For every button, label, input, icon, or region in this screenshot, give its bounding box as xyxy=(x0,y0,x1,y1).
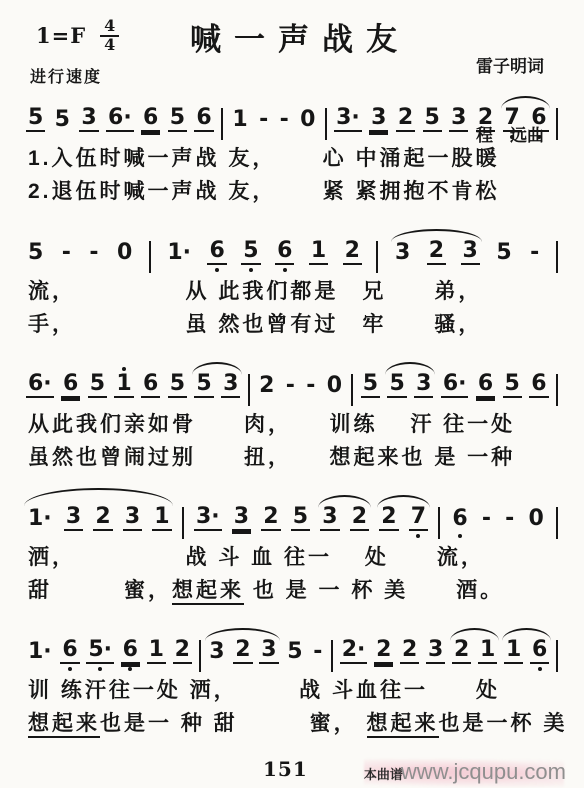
barline xyxy=(221,108,223,140)
note-token: 5 xyxy=(361,373,380,398)
note-token: 7 xyxy=(409,506,428,531)
note-token: 2 xyxy=(261,506,280,531)
lyric-segment: 2.退伍时喊一声战 友， 紧 紧拥抱不肯松 xyxy=(28,180,500,203)
lyric-segment: 从此我们亲如骨 肉， 训练 汗 往一处 xyxy=(28,413,515,436)
slur-arc xyxy=(502,628,551,641)
note-token: 6 xyxy=(121,639,140,664)
octave-dot-low xyxy=(215,268,219,272)
time-signature: 4 4 xyxy=(100,18,119,54)
note-token: 3 xyxy=(414,373,433,398)
note-token: - xyxy=(503,508,516,531)
music-system: 6·65165532--05536·656 从此我们亲如骨 肉， 训练 汗 往一… xyxy=(16,354,566,474)
lyric-segment: 手， 虽 然也曾有过 牢 骚， xyxy=(28,313,482,336)
note-token: 5 xyxy=(285,641,304,664)
lyric-row: 虽然也曾闹过别 扭， 想起来也 是 一种 xyxy=(16,441,566,474)
note-token: 3 xyxy=(393,242,412,265)
watermark-url: www.jcqupu.com xyxy=(401,759,566,785)
octave-dot-low xyxy=(128,667,132,671)
note-token: 2 xyxy=(400,639,419,664)
octave-dot-low xyxy=(510,135,514,139)
note-token: 2 xyxy=(427,240,446,265)
note-token: 3 xyxy=(369,107,388,132)
lyric-row: 训 练汗往一处 洒， 战 斗血往一 处 xyxy=(16,674,566,707)
note-token: 0 xyxy=(325,375,344,398)
barline xyxy=(556,241,558,273)
barline xyxy=(248,374,250,406)
barline xyxy=(556,374,558,406)
note-token: 1 xyxy=(478,639,497,664)
watermark-prefix: 本曲谱 xyxy=(364,764,403,783)
octave-dot-high xyxy=(122,367,126,371)
barline xyxy=(556,108,558,140)
note-token: 5 xyxy=(291,506,310,531)
note-token: 2 xyxy=(350,506,369,531)
note-token: 2 xyxy=(173,639,192,664)
barline xyxy=(199,640,201,672)
octave-dot-low xyxy=(416,534,420,538)
note-token: 6 xyxy=(194,107,213,132)
music-row: 6·65165532--05536·656 xyxy=(16,354,566,408)
note-token: 5 xyxy=(88,373,107,398)
note-token: 3 xyxy=(207,641,226,664)
octave-dot-low xyxy=(458,534,462,538)
music-system: 1·65·6123235-2·2232116 训 练汗往一处 洒， 战 斗血往一… xyxy=(16,620,566,740)
note-token: 5 xyxy=(26,242,45,265)
note-token: 0 xyxy=(115,242,134,265)
note-token: - xyxy=(278,109,291,132)
octave-dot-low xyxy=(283,268,287,272)
lyric-segment: 也是一杯 美 xyxy=(439,712,566,735)
footer: 151 本曲谱 www.jcqupu.com xyxy=(16,753,566,787)
note-token: - xyxy=(528,242,541,265)
slur-arc xyxy=(318,495,371,508)
note-token: 6 xyxy=(141,107,160,132)
note-token: 2 xyxy=(476,107,495,132)
note-token: 1· xyxy=(26,641,54,664)
note-token: - xyxy=(60,242,73,265)
note-token: 2 xyxy=(452,639,471,664)
octave-dot-low xyxy=(68,667,72,671)
barline xyxy=(351,374,353,406)
note-token: - xyxy=(257,109,270,132)
note-token: 2 xyxy=(233,639,252,664)
note-token: 2 xyxy=(257,375,276,398)
slur-arc xyxy=(205,628,280,641)
note-token: 5· xyxy=(86,639,114,664)
slur-arc xyxy=(192,362,242,375)
barline xyxy=(325,108,327,140)
barline xyxy=(182,507,184,539)
note-token: 1 xyxy=(152,506,171,531)
note-token: 6 xyxy=(207,240,226,265)
slur-arc xyxy=(377,495,430,508)
note-token: 1· xyxy=(165,242,193,265)
note-token: 0 xyxy=(526,508,545,531)
note-token: 0 xyxy=(298,109,317,132)
note-token: 6 xyxy=(529,373,548,398)
music-row: 1·65·6123235-2·2232116 xyxy=(16,620,566,674)
music-row: 1·32313·32532276--0 xyxy=(16,487,566,541)
note-token: 3· xyxy=(194,506,222,531)
note-token: 5 xyxy=(194,373,213,398)
lyric-segment: 也是一 种 甜 蜜， xyxy=(100,712,367,735)
barline xyxy=(376,241,378,273)
note-token: 1· xyxy=(26,508,54,531)
note-token: 6 xyxy=(141,373,160,398)
note-token: 5 xyxy=(168,373,187,398)
note-token: 6 xyxy=(450,508,469,531)
note-token: 6 xyxy=(529,107,548,132)
slur-arc xyxy=(450,628,499,641)
lyric-underlined-segment: 想起来 xyxy=(172,579,244,605)
note-token: 5 xyxy=(168,107,187,132)
note-token: 6· xyxy=(26,373,54,398)
note-token: 6 xyxy=(60,639,79,664)
octave-dot-low xyxy=(249,268,253,272)
note-token: - xyxy=(87,242,100,265)
note-token: 2· xyxy=(340,639,368,664)
note-token: 6 xyxy=(530,639,549,664)
note-token: - xyxy=(480,508,493,531)
music-system: 1·32313·32532276--0 洒， 战 斗 血 往一 处 流， 甜 蜜… xyxy=(16,487,566,607)
lyric-row: 手， 虽 然也曾有过 牢 骚， xyxy=(16,308,566,341)
lyric-segment: 流， 从 此我们都是 兄 弟， xyxy=(28,280,482,303)
credit-lyricist: 雷子明词 xyxy=(476,56,544,79)
slur-arc xyxy=(385,362,435,375)
barline xyxy=(556,640,558,672)
note-token: 2 xyxy=(93,506,112,531)
music-row: 5536·6561--03·3253276 xyxy=(16,88,566,142)
lyric-segment: 洒， 战 斗 血 往一 处 流， xyxy=(28,546,485,569)
key-time-signature: 1=F 4 4 xyxy=(36,18,119,54)
barline xyxy=(556,507,558,539)
note-token: 5 xyxy=(423,107,442,132)
slur-arc xyxy=(24,488,173,506)
note-token: 2 xyxy=(396,107,415,132)
note-token: 6· xyxy=(106,107,134,132)
page-number: 151 xyxy=(263,757,308,781)
music-system: 5--01·656123235- 流， 从 此我们都是 兄 弟， 手， 虽 然也… xyxy=(16,221,566,341)
note-token: - xyxy=(311,641,324,664)
note-token: 3 xyxy=(426,639,445,664)
lyric-underlined-segment: 想起来 xyxy=(367,712,439,738)
note-token: 5 xyxy=(387,373,406,398)
note-token: - xyxy=(284,375,297,398)
lyric-segment: 甜 蜜， xyxy=(28,579,172,602)
lyric-row: 从此我们亲如骨 肉， 训练 汗 往一处 xyxy=(16,408,566,441)
note-token: 3 xyxy=(232,506,251,531)
note-token: 5 xyxy=(503,373,522,398)
note-token: 3 xyxy=(449,107,468,132)
note-token: 7 xyxy=(503,107,522,132)
note-token: 6 xyxy=(61,373,80,398)
slur-arc xyxy=(501,96,550,109)
note-token: 6· xyxy=(441,373,469,398)
note-token: 1 xyxy=(504,639,523,664)
note-token: 3 xyxy=(259,639,278,664)
note-token: 5 xyxy=(494,242,513,265)
song-title: 喊一声战友 xyxy=(180,14,420,59)
note-token: 2 xyxy=(374,639,393,664)
key-signature: 1=F xyxy=(36,23,86,48)
note-token: 5 xyxy=(26,107,45,132)
note-token: 5 xyxy=(241,240,260,265)
note-token: - xyxy=(304,375,317,398)
note-token: 3 xyxy=(221,373,240,398)
lyric-segment: 虽然也曾闹过别 扭， 想起来也 是 一种 xyxy=(28,446,515,469)
note-token: 3 xyxy=(461,240,480,265)
octave-dot-low xyxy=(538,667,542,671)
note-token: 1 xyxy=(147,639,166,664)
note-token: 2 xyxy=(343,240,362,265)
note-token: 1 xyxy=(230,109,249,132)
time-signature-bottom: 4 xyxy=(100,35,119,54)
sheet-music-page: 1=F 4 4 喊一声战友 雷子明词 程 远曲 进行速度 5536·6561--… xyxy=(0,0,584,788)
lyric-row: 甜 蜜，想起来 也 是 一 杯 美 酒。 xyxy=(16,574,566,607)
lyric-row: 流， 从 此我们都是 兄 弟， xyxy=(16,275,566,308)
lyric-row: 想起来也是一 种 甜 蜜， 想起来也是一杯 美 xyxy=(16,707,566,740)
note-token: 3 xyxy=(79,107,98,132)
note-token: 2 xyxy=(379,506,398,531)
lyric-segment: 也 是 一 杯 美 酒。 xyxy=(244,579,504,602)
header: 1=F 4 4 喊一声战友 雷子明词 程 远曲 xyxy=(16,8,566,62)
music-row: 5--01·656123235- xyxy=(16,221,566,275)
note-token: 1 xyxy=(114,373,133,398)
lyric-segment: 1.入伍时喊一声战 友， 心 中涌起一股暖 xyxy=(28,147,500,170)
site-watermark: 本曲谱 www.jcqupu.com xyxy=(364,759,566,785)
barline xyxy=(438,507,440,539)
note-token: 6 xyxy=(275,240,294,265)
note-token: 5 xyxy=(53,109,72,132)
lyric-underlined-segment: 想起来 xyxy=(28,712,100,738)
time-signature-top: 4 xyxy=(100,18,119,35)
note-token: 6 xyxy=(476,373,495,398)
note-token: 3 xyxy=(320,506,339,531)
octave-dot-low xyxy=(537,135,541,139)
note-token: 3 xyxy=(123,506,142,531)
slur-arc xyxy=(391,229,482,242)
note-token: 3 xyxy=(64,506,83,531)
lyric-row: 洒， 战 斗 血 往一 处 流， xyxy=(16,541,566,574)
note-token: 3· xyxy=(334,107,362,132)
barline xyxy=(149,241,151,273)
barline xyxy=(331,640,333,672)
octave-dot-low xyxy=(98,667,102,671)
note-token: 1 xyxy=(309,240,328,265)
lyric-segment: 训 练汗往一处 洒， 战 斗血往一 处 xyxy=(28,679,500,702)
